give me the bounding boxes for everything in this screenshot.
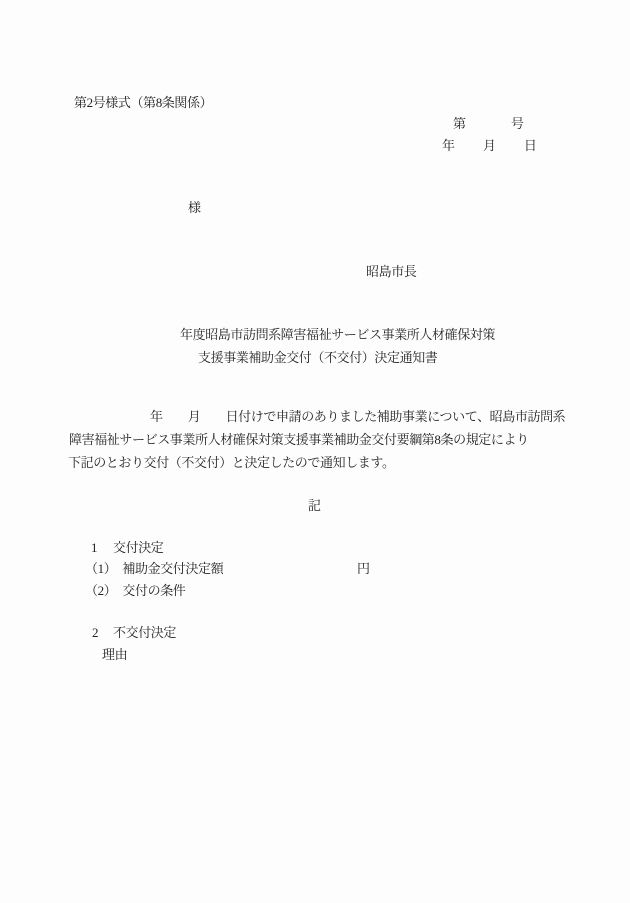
document-page: 第2号様式（第8条関係） 第 号 年 月 日 様 昭島市長 年度昭島市訪問系障害… [0,0,630,903]
body-paragraph-line2: 障害福祉サービス事業所人材確保対策支援事業補助金交付要綱第8条の規定により [69,432,529,448]
date-line: 年 月 日 [442,138,538,154]
body-paragraph-line3: 下記のとおり交付（不交付）と決定したので通知します。 [68,455,395,471]
section1-heading: 交付決定 [113,540,163,556]
document-title-line1: 年度昭島市訪問系障害福祉サービス事業所人材確保対策 [180,327,495,343]
section1-item1-unit: 円 [357,561,370,577]
section1-number: 1 [91,540,97,556]
body-paragraph-line1: 年 月 日付けで申請のありました補助事業について、昭島市訪問系 [150,409,565,425]
section1-item1-label: （1） 補助金交付決定額 [85,561,223,577]
document-title-line2: 支援事業補助金交付（不交付）決定通知書 [198,350,437,366]
record-marker: 記 [308,498,321,514]
section1-item2-label: （2） 交付の条件 [85,583,185,599]
section2-reason-label: 理由 [102,647,127,663]
section2-heading: 不交付決定 [113,625,176,641]
doc-number-line: 第 号 [453,116,526,132]
addressee-honorific: 様 [188,200,201,216]
form-label: 第2号様式（第8条関係） [74,95,212,111]
sender-name: 昭島市長 [366,264,416,280]
section2-number: 2 [92,625,98,641]
